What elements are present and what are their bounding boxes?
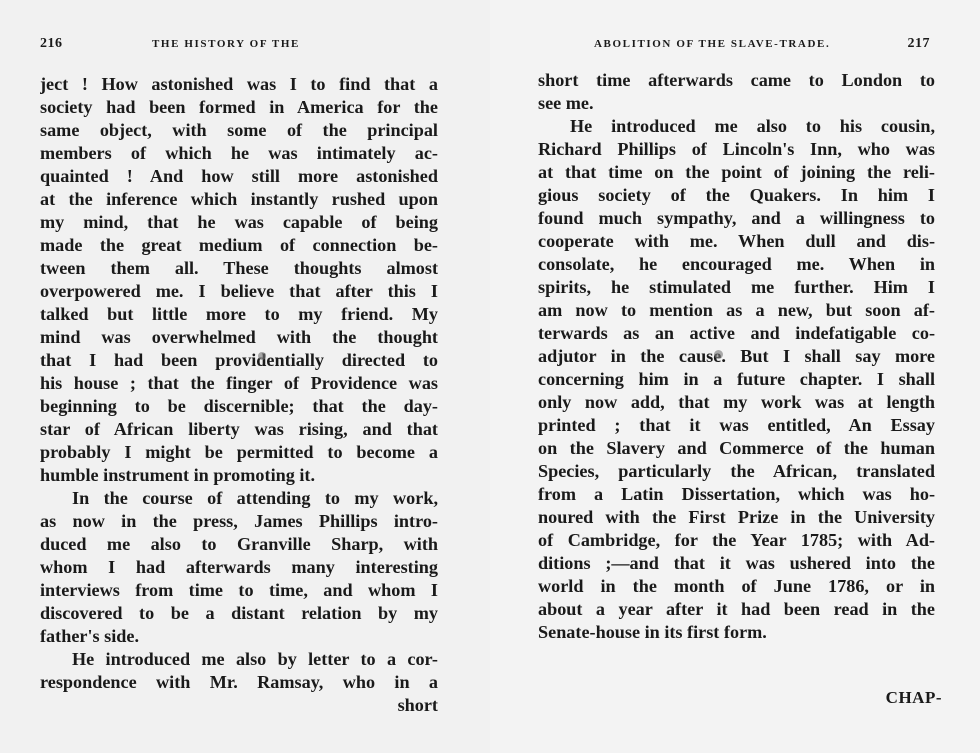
text-line: am now to mention as a new, but soon af- (538, 299, 935, 322)
text-line: made the great medium of connection be- (40, 234, 438, 257)
text-line: society had been formed in America for t… (40, 96, 438, 119)
page-number-right: 217 (908, 36, 931, 52)
text-line: beginning to be discernible; that the da… (40, 395, 438, 418)
text-line: He introduced me also by letter to a cor… (40, 648, 438, 671)
text-line: that I had been providentially directed … (40, 349, 438, 372)
text-line: members of which he was intimately ac- (40, 142, 438, 165)
text-line: about a year after it had been read in t… (538, 598, 935, 621)
text-line: gious society of the Quakers. In him I (538, 184, 935, 207)
text-line: noured with the First Prize in the Unive… (538, 506, 935, 529)
scan-blemish (714, 350, 723, 359)
text-line: at that time on the point of joining the… (538, 161, 935, 184)
text-line: tween them all. These thoughts almost (40, 257, 438, 280)
text-line: terwards as an active and indefatigable … (538, 322, 935, 345)
text-line: He introduced me also to his cousin, (538, 115, 935, 138)
text-line: father's side. (40, 625, 438, 648)
text-line: talked but little more to my friend. My (40, 303, 438, 326)
text-line: short time afterwards came to London to (538, 69, 935, 92)
text-line: humble instrument in promoting it. (40, 464, 438, 487)
text-line: mind was overwhelmed with the thought (40, 326, 438, 349)
right-page-body: short time afterwards came to London tos… (538, 69, 935, 644)
right-running-head: ABOLITION OF THE SLAVE-TRADE. 217 (538, 38, 930, 58)
text-line: In the course of attending to my work, (40, 487, 438, 510)
text-line: found much sympathy, and a willingness t… (538, 207, 935, 230)
text-line: world in the month of June 1786, or in (538, 575, 935, 598)
text-line: consolate, he encouraged me. When in (538, 253, 935, 276)
text-line: overpowered me. I believe that after thi… (40, 280, 438, 303)
text-line: Senate-house in its first form. (538, 621, 935, 644)
text-line: probably I might be permitted to become … (40, 441, 438, 464)
text-line: my mind, that he was capable of being (40, 211, 438, 234)
text-line: adjutor in the cause. But I shall say mo… (538, 345, 935, 368)
text-line: duced me also to Granville Sharp, with (40, 533, 438, 556)
text-line: as now in the press, James Phillips intr… (40, 510, 438, 533)
text-line: Species, particularly the African, trans… (538, 460, 935, 483)
left-page: 216 THE HISTORY OF THE ject ! How astoni… (0, 0, 490, 753)
text-line: his house ; that the finger of Providenc… (40, 372, 438, 395)
text-line: of Cambridge, for the Year 1785; with Ad… (538, 529, 935, 552)
catchword: CHAP- (886, 688, 942, 708)
left-page-body: ject ! How astonished was I to find that… (40, 73, 438, 717)
text-line: spirits, he stimulated me further. Him I (538, 276, 935, 299)
left-running-head: 216 THE HISTORY OF THE (40, 38, 440, 58)
text-line: Richard Phillips of Lincoln's Inn, who w… (538, 138, 935, 161)
right-page: ABOLITION OF THE SLAVE-TRADE. 217 short … (490, 0, 980, 753)
page-number-left: 216 (40, 36, 63, 52)
text-line: concerning him in a future chapter. I sh… (538, 368, 935, 391)
text-line: short (40, 694, 438, 717)
scan-blemish (258, 352, 266, 360)
text-line: ditions ;—and that it was ushered into t… (538, 552, 935, 575)
text-line: see me. (538, 92, 935, 115)
text-line: ject ! How astonished was I to find that… (40, 73, 438, 96)
text-line: star of African liberty was rising, and … (40, 418, 438, 441)
text-line: on the Slavery and Commerce of the human (538, 437, 935, 460)
text-line: cooperate with me. When dull and dis- (538, 230, 935, 253)
text-line: respondence with Mr. Ramsay, who in a (40, 671, 438, 694)
text-line: printed ; that it was entitled, An Essay (538, 414, 935, 437)
text-line: quainted ! And how still more astonished (40, 165, 438, 188)
running-head-title-left: THE HISTORY OF THE (152, 38, 300, 50)
text-line: same object, with some of the principal (40, 119, 438, 142)
text-line: at the inference which instantly rushed … (40, 188, 438, 211)
text-line: from a Latin Dissertation, which was ho- (538, 483, 935, 506)
text-line: interviews from time to time, and whom I (40, 579, 438, 602)
text-line: only now add, that my work was at length (538, 391, 935, 414)
running-head-title-right: ABOLITION OF THE SLAVE-TRADE. (594, 38, 830, 50)
text-line: discovered to be a distant relation by m… (40, 602, 438, 625)
text-line: whom I had afterwards many interesting (40, 556, 438, 579)
